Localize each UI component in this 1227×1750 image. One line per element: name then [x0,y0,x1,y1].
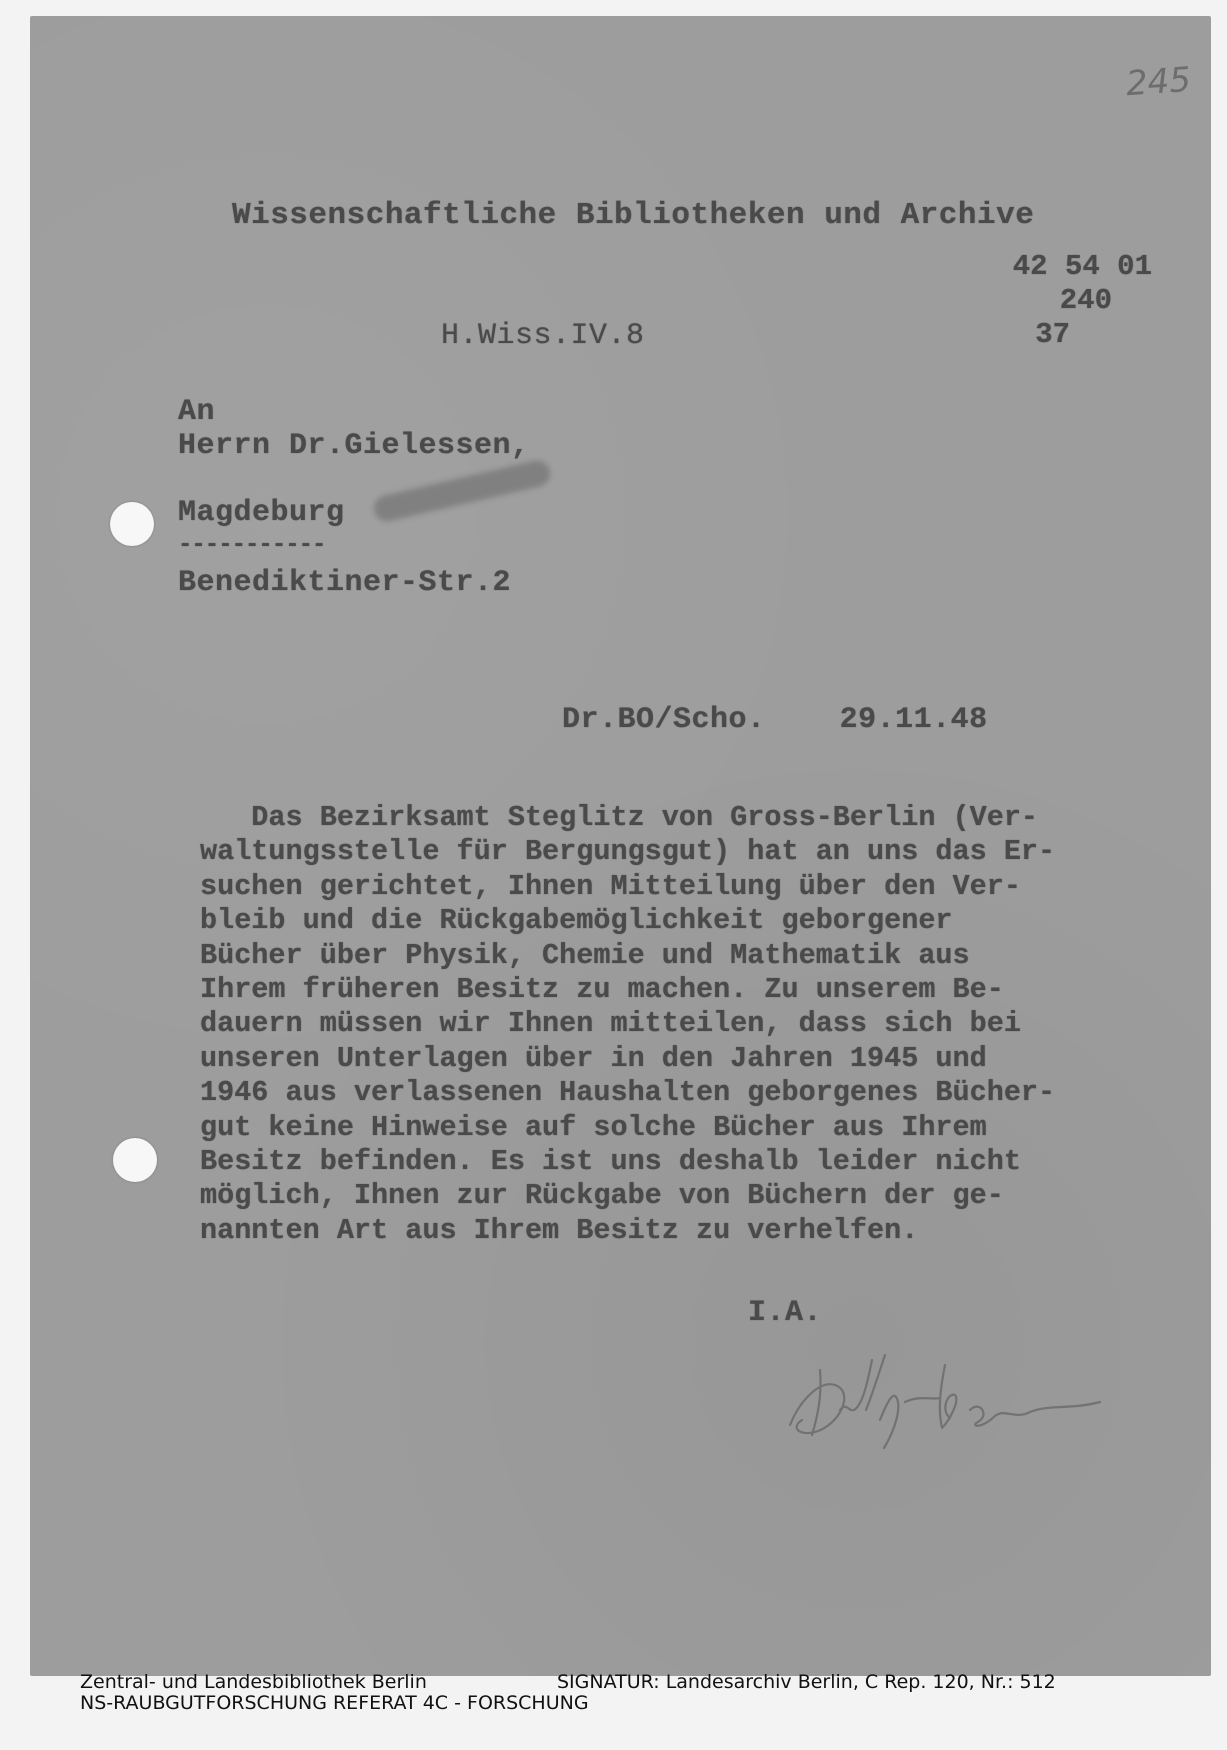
body-line: nannten Art aus Ihrem Besitz zu verhelfe… [200,1214,1055,1248]
footer-signatur: SIGNATUR: Landesarchiv Berlin, C Rep. 12… [557,1672,1056,1693]
reference-number: 37 [982,318,1152,352]
letter-body: Das Bezirksamt Steglitz von Gross-Berlin… [200,801,1055,1248]
dateline: Dr.BO/Scho. 29.11.48 [562,703,988,737]
body-line: 1946 aus verlassenen Haushalten geborgen… [200,1076,1055,1110]
footer-institution: Zentral- und Landesbibliothek Berlin [80,1672,589,1693]
body-line: suchen gerichtet, Ihnen Mitteilung über … [200,870,1055,904]
reference-number: 42 54 01 [982,250,1152,284]
address-underline: ----------- [178,532,325,559]
body-line: unseren Unterlagen über in den Jahren 19… [200,1042,1055,1076]
address-city: Magdeburg [178,496,345,530]
body-line: möglich, Ihnen zur Rückgabe von Büchern … [200,1179,1055,1213]
torn-paper-edge [0,478,28,581]
body-line: Besitz befinden. Es ist uns deshalb leid… [200,1145,1055,1179]
body-line: Bücher über Physik, Chemie und Mathemati… [200,939,1055,973]
address-street: Benediktiner-Str.2 [178,566,511,600]
sender-reference: Dr.BO/Scho. [562,703,766,737]
body-line: Ihrem früheren Besitz zu machen. Zu unse… [200,973,1055,1007]
punch-hole [110,502,154,546]
body-line: bleib und die Rückgabemöglichkeit geborg… [200,904,1055,938]
signature-icon [780,1340,1110,1450]
punch-hole [113,1138,157,1182]
reference-number: 240 [982,284,1152,318]
file-reference: H.Wiss.IV.8 [441,319,645,353]
reference-numbers: 42 54 01 240 37 [982,250,1152,352]
address-recipient: Herrn Dr.Gielessen, [178,429,530,463]
archive-footer: Zentral- und Landesbibliothek Berlin SIG… [80,1672,589,1714]
body-line: gut keine Hinweise auf solche Bücher aus… [200,1111,1055,1145]
address-prefix: An [178,395,215,429]
letter-date: 29.11.48 [840,703,988,737]
folio-number: 245 [1125,60,1193,104]
body-line: waltungsstelle für Bergungsgut) hat an u… [200,835,1055,869]
body-line: dauern müssen wir Ihnen mitteilen, dass … [200,1007,1055,1041]
footer-department: NS-RAUBGUTFORSCHUNG REFERAT 4C - FORSCHU… [80,1693,589,1714]
body-line: Das Bezirksamt Steglitz von Gross-Berlin… [200,801,1055,835]
closing-ia: I.A. [748,1296,822,1330]
letterhead-heading: Wissenschaftliche Bibliotheken und Archi… [232,198,1034,233]
